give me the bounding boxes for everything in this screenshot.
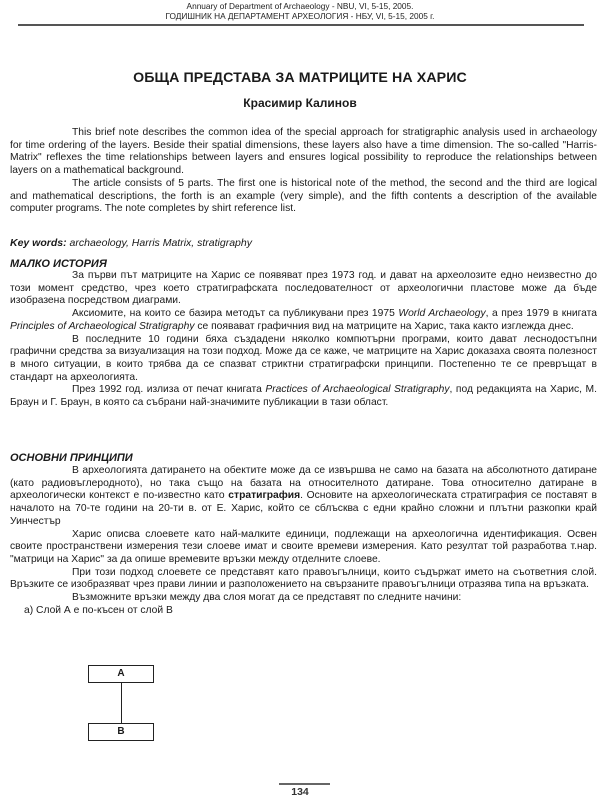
paragraph: През 1992 год. излиза от печат книгата P… — [10, 384, 597, 409]
abstract-paragraph: This brief note describes the common ide… — [10, 127, 597, 178]
section-history-body: За първи път матриците на Харис се появя… — [10, 270, 597, 410]
book-title-practices: Practices of Archaeological Stratigraphy — [265, 384, 449, 395]
footer-rule — [279, 783, 330, 785]
paragraph: В последните 10 години бяха създадени ня… — [10, 334, 597, 385]
keywords-label: Key words: — [10, 237, 67, 249]
running-head-bulgarian: ГОДИШНИК НА ДЕПАРТАМЕНТ АРХЕОЛОГИЯ - НБУ… — [0, 12, 600, 22]
paragraph: Възможните връзки между два слоя могат д… — [10, 592, 597, 605]
header-rule — [18, 24, 584, 26]
list-item-a: а) Слой А е по-късен от слой В — [10, 605, 597, 618]
keywords: Key words: archaeology, Harris Matrix, s… — [10, 237, 252, 249]
text-run: През 1992 год. излиза от печат книгата — [72, 384, 265, 395]
paragraph: В археологията датирането на обектите мо… — [10, 465, 597, 529]
relationship-line — [121, 683, 122, 723]
section-heading-history: МАЛКО ИСТОРИЯ — [10, 258, 107, 270]
book-title-principles: Principles of Archaeological Stratigraph… — [10, 321, 194, 332]
abstract: This brief note describes the common ide… — [10, 127, 597, 216]
paragraph: При този подход слоевете се представят к… — [10, 567, 597, 592]
text-run: се появават графичния вид на матриците н… — [194, 321, 573, 332]
page-number: 134 — [0, 786, 600, 798]
book-title-world-archaeology: World Archaeology — [398, 308, 485, 319]
keywords-values: archaeology, Harris Matrix, stratigraphy — [70, 237, 252, 249]
harris-matrix-diagram: A B — [88, 665, 158, 750]
section-principles-body: В археологията датирането на обектите мо… — [10, 465, 597, 617]
term-stratigraphy: стратиграфия — [228, 490, 300, 501]
paragraph: Аксиомите, на които се базира методът са… — [10, 308, 597, 333]
layer-box-a: A — [88, 665, 154, 683]
section-heading-principles: ОСНОВНИ ПРИНЦИПИ — [10, 452, 133, 464]
article-author: Красимир Калинов — [0, 96, 600, 110]
running-head: Annuary of Department of Archaeology - N… — [0, 2, 600, 21]
paragraph: Харис описва слоевете като най-малките е… — [10, 529, 597, 567]
layer-box-b: B — [88, 723, 154, 741]
article-title: ОБЩА ПРЕДСТАВА ЗА МАТРИЦИТЕ НА ХАРИС — [0, 70, 600, 86]
abstract-paragraph: The article consists of 5 parts. The fir… — [10, 178, 597, 216]
paragraph: За първи път матриците на Харис се появя… — [10, 270, 597, 308]
text-run: Аксиомите, на които се базира методът са… — [72, 308, 398, 319]
text-run: , а през 1979 в книгата — [486, 308, 597, 319]
